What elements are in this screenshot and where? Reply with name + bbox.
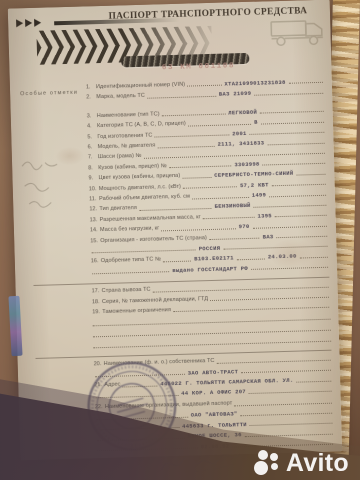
dotted-leader [217,360,331,364]
field-value: 1499 [250,192,269,198]
dotted-leader [245,433,333,436]
field-label: Масса без нагрузки, кг [100,227,161,234]
issuer-address-line1: 445633 г. ТОЛЬЯТТИ [180,422,249,429]
vehicle-passport-document: ПАСПОРТ ТРАНСПОРТНОГО СРЕДСТВА 63 КМ 001… [8,0,342,460]
field-value: ВАЗ 21099 [217,91,254,98]
dotted-leader [163,260,191,262]
dotted-leader [203,217,255,219]
dotted-leader [223,246,327,250]
dotted-leader [275,215,327,217]
field-value: 3303998 [232,161,261,167]
field-label: Мощность двигателя, л.с. (кВт) [99,184,182,192]
dotted-leader [300,257,328,259]
field-number: 10. [89,187,99,193]
dotted-leader [92,250,196,254]
dotted-leader [188,124,251,127]
dotted-leader [260,111,324,114]
margin-handwriting [18,155,70,214]
field-value: ХТА21099013231838 [222,80,287,87]
field-value: 44 КОР. А ОФИС 207 [179,389,248,396]
field-row: 2.Марка, модель ТСВАЗ 21099 [86,89,324,101]
field-value: ЗАО АВТО-ТРАСТ [186,369,241,376]
field-number: 4. [87,124,97,130]
issuer-org: ОАО "АВТОВАЗ" [189,412,240,419]
field-number: 18. [92,300,102,306]
field-number: 15. [90,239,100,245]
avito-logo-icon [254,450,281,477]
avito-watermark: Avito [254,450,349,477]
dotted-leader [289,82,323,84]
field-label: Марка, модель ТС [96,94,146,101]
dotted-leader [272,184,326,187]
field-number: 2. [86,95,96,101]
field-label: Цвет кузова (кабины, прицепа) [98,174,181,182]
field-value: В [252,120,260,126]
dotted-leader [169,166,232,169]
dotted-leader [147,96,216,99]
dotted-leader [250,423,333,426]
special-marks-label: Особые отметки [20,90,78,98]
field-value: ВАЗ [261,234,276,240]
field-label: Одобрение типа ТС № [101,258,162,265]
field-number: 3. [87,114,97,120]
field-number: 13. [90,218,100,224]
signature-scribble [158,448,245,476]
dotted-leader [187,85,221,87]
field-value: РОССИЯ [197,246,223,252]
dotted-leader [162,114,226,117]
field-value: ЛЕГКОВОЙ [226,109,259,115]
dotted-leader [251,267,328,270]
field-value: В103.Е02171 [192,256,236,263]
field-label: Год изготовления ТС [97,133,153,140]
field-value: 445022 Г. ТОЛЬЯТТИ САМАРСКАЯ ОБЛ. УЛ. [158,378,295,387]
field-label: Категория ТС (А, В, С, D, прицеп) [97,122,187,130]
field-label: Наименование (тип ТС) [97,112,161,119]
dotted-leader [237,258,265,260]
field-value: 57,2 КВТ [238,182,271,188]
field-label: Разрешенная максимальная масса, кг [100,215,202,223]
dotted-leader [183,186,237,189]
dotted-leader [234,402,332,406]
field-number: 14. [90,228,100,234]
dotted-leader [254,93,323,96]
photo-background: ПАСПОРТ ТРАНСПОРТНОГО СРЕДСТВА 63 КМ 001… [0,0,360,480]
dotted-leader [241,370,331,374]
field-label: Идентификационный номер (VIN) [96,83,186,91]
field-value: 1395 [255,213,274,219]
field-value: БЕНЗИНОВЫЙ [213,203,253,210]
arrow-pattern-icon [16,19,43,28]
dotted-leader [296,173,325,175]
dotted-leader [182,177,211,179]
dotted-leader [253,225,327,228]
dotted-leader [157,145,214,148]
watermark-label: Avito [286,450,349,477]
field-number: 16. [91,259,101,265]
dotted-leader [261,122,324,125]
field-value: 970 [237,224,252,230]
field-label: Шасси (рама) № [98,154,143,161]
field-label: Модель, № двигателя [98,144,157,151]
field-label: Тип двигателя [99,206,138,213]
truck-icon [269,12,326,52]
dotted-leader [263,163,326,166]
fields-list: 1.Идентификационный номер (VIN)ХТА210990… [86,79,333,400]
dotted-leader [249,391,332,394]
dotted-leader [92,271,169,274]
document-content: ПАСПОРТ ТРАНСПОРТНОГО СРЕДСТВА 63 КМ 001… [8,0,342,460]
field-number: 17. [92,289,102,295]
field-value: СЕРЕБРИСТО-ТЕМНО-СИНИЙ [212,171,295,179]
field-label: Рабочий объем двигателя, куб. см [99,195,191,203]
dotted-leader [267,142,324,145]
dotted-leader [210,297,329,301]
dotted-leader [161,228,235,231]
field-label: Организация - изготовитель ТС (страна) [100,236,208,245]
field-number: 5. [87,135,97,141]
dotted-leader [277,236,328,238]
field-label: Кузов (кабина, прицеп) № [98,164,168,171]
dotted-leader [254,205,327,208]
field-value: 2111, 3431833 [215,140,266,147]
dotted-leader [192,196,249,199]
dotted-leader [241,413,333,417]
field-number: 9. [88,176,98,182]
dotted-leader [269,194,326,197]
field-number: 11. [89,197,99,203]
field-number: 6. [88,145,98,151]
field-value: выдано ГОССТАНДАРТ РФ [170,266,250,274]
dotted-leader [209,238,260,240]
field-value: 24.03.00 [266,254,299,260]
field-label: Страна вывоза ТС [102,288,152,295]
signature-label: подпись [133,466,151,472]
dotted-leader [250,132,325,135]
issuer-address-line2: ЮЖНОЕ ШОССЕ, 36 [186,432,244,439]
field-continuation: выдано ГОССТАНДАРТ РФ [91,263,329,275]
field-label: Серия, № таможенной декларации, ГТД [102,297,209,305]
dotted-leader [155,135,230,138]
field-number: 12. [89,207,99,213]
dotted-leader [144,153,325,159]
field-number: 8. [88,166,98,172]
dotted-leader [139,208,212,211]
field-value: 2001 [230,131,249,137]
field-number: 1. [86,85,96,91]
field-number: 7. [88,156,98,162]
field-number: 19. [92,310,102,316]
dotted-leader [297,380,332,382]
dotted-leader [153,286,329,292]
